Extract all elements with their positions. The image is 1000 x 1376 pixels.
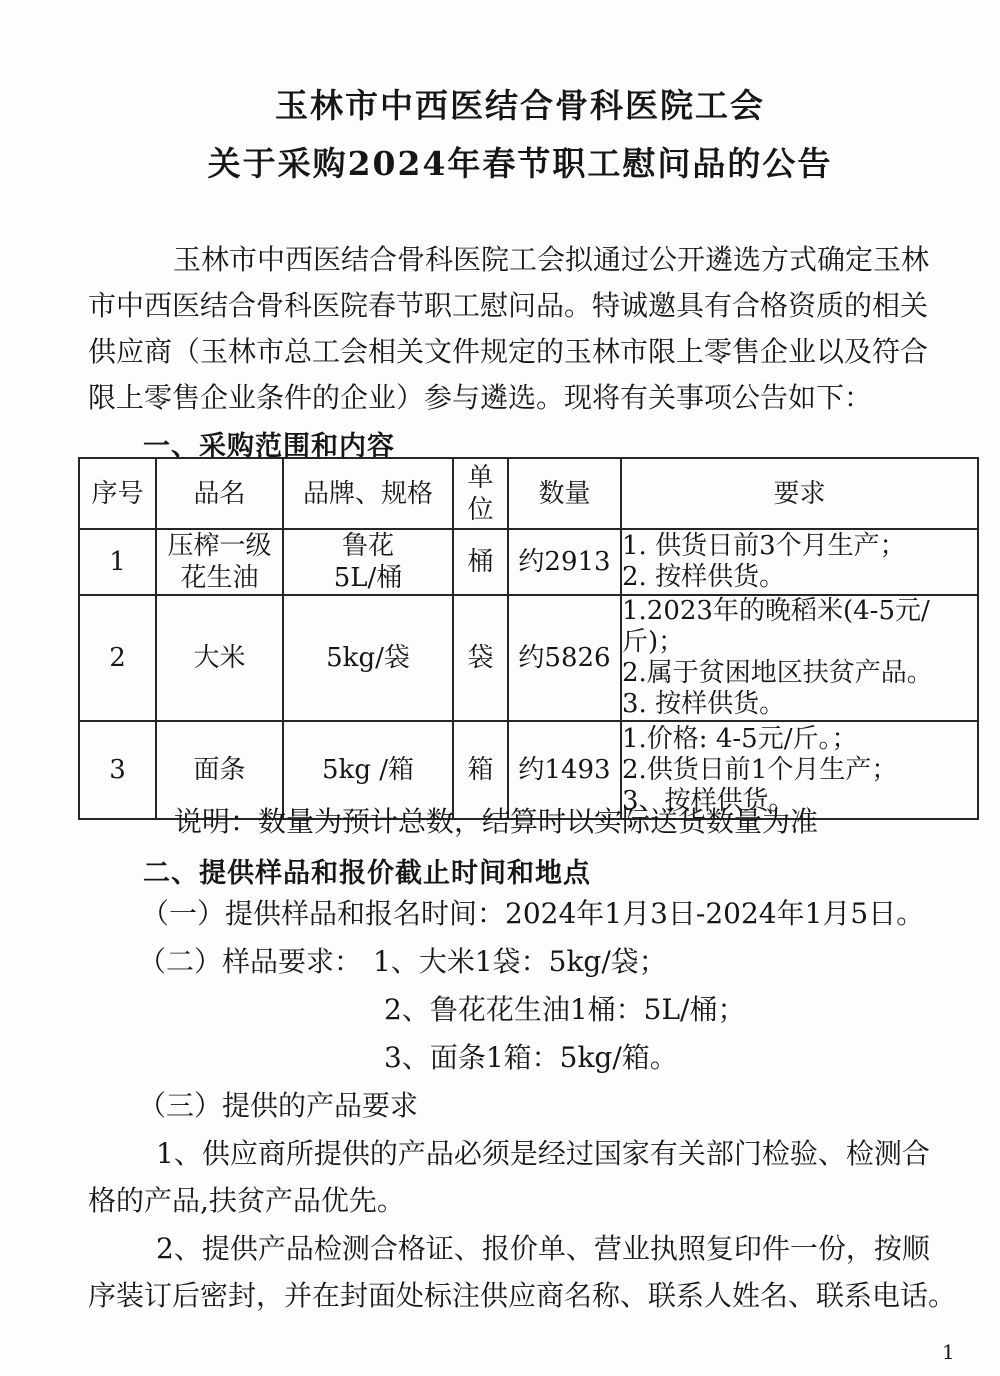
section3-para2-line: 序装订后密封，并在封面处标注供应商名称、联系人姓名、联系电话。 [88,1279,956,1313]
col-header-requirements: 要求 [621,458,978,529]
table-row: 1 压榨一级 花生油 鲁花 5L/桶 桶 约2913 1. 供货日前3个月生产；… [79,529,978,595]
document-title-line1: 玉林市中西医结合骨科医院工会 [88,80,952,127]
col-header-unit: 单位 [453,458,508,529]
cell-name: 压榨一级 花生油 [156,529,283,595]
section2-heading: 二、提供样品和报价截止时间和地点 [143,851,591,890]
table-row: 2 大米 5kg/袋 袋 约5826 1.2023年的晚稻米(4-5元/斤)； … [79,595,978,721]
table-note: 说明：数量为预计总数，结算时以实际送货数量为准 [174,805,818,839]
col-header-brand-spec: 品牌、规格 [283,458,453,529]
section2-item2-label: （二）样品要求： [138,945,362,979]
procurement-table: 序号 品名 品牌、规格 单位 数量 要求 1 压榨一级 花生油 鲁花 5L/桶 … [78,457,979,820]
intro-line: 市中西医结合骨科医院春节职工慰问品。特诚邀具有合格资质的相关 [88,289,928,323]
sample-requirement-3: 3、面条1箱：5kg/箱。 [384,1041,678,1075]
document-page: 玉林市中西医结合骨科医院工会 关于采购2024年春节职工慰问品的公告 玉林市中西… [0,0,1000,1376]
intro-line: 限上零售企业条件的企业）参与遴选。现将有关事项公告如下： [88,381,872,415]
section3-heading: （三）提供的产品要求 [138,1089,418,1123]
col-header-unit-label: 单位 [466,462,494,526]
cell-requirements: 1.2023年的晚稻米(4-5元/斤)； 2.属于贫困地区扶贫产品。 3. 按样… [621,595,978,721]
section3-para1-line: 格的产品,扶贫产品优先。 [88,1184,405,1218]
document-title-line2: 关于采购2024年春节职工慰问品的公告 [88,138,952,185]
cell-spec: 鲁花 5L/桶 [283,529,453,595]
col-header-quantity: 数量 [508,458,621,529]
sample-requirement-1: 1、大米1袋：5kg/袋； [373,945,667,979]
section3-para1-line: 1、供应商所提供的产品必须是经过国家有关部门检验、检测合 [156,1137,930,1171]
cell-quantity: 约5826 [508,595,621,721]
col-header-index: 序号 [79,458,156,529]
page-number: 1 [942,1340,955,1364]
cell-index: 3 [79,721,156,819]
section2-item1: （一）提供样品和报名时间：2024年1月3日-2024年1月5日。 [141,897,924,931]
cell-index: 2 [79,595,156,721]
cell-quantity: 约2913 [508,529,621,595]
cell-unit: 桶 [453,529,508,595]
sample-requirement-2: 2、鲁花花生油1桶：5L/桶； [384,993,745,1027]
intro-line: 供应商（玉林市总工会相关文件规定的玉林市限上零售企业以及符合 [88,335,928,369]
cell-spec: 5kg/袋 [283,595,453,721]
intro-line: 玉林市中西医结合骨科医院工会拟通过公开遴选方式确定玉林 [173,243,929,277]
cell-unit: 袋 [453,595,508,721]
section3-para2-line: 2、提供产品检测合格证、报价单、营业执照复印件一份，按顺 [156,1232,930,1266]
col-header-name: 品名 [156,458,283,529]
table-header-row: 序号 品名 品牌、规格 单位 数量 要求 [79,458,978,529]
cell-index: 1 [79,529,156,595]
cell-name: 大米 [156,595,283,721]
cell-requirements: 1. 供货日前3个月生产； 2. 按样供货。 [621,529,978,595]
